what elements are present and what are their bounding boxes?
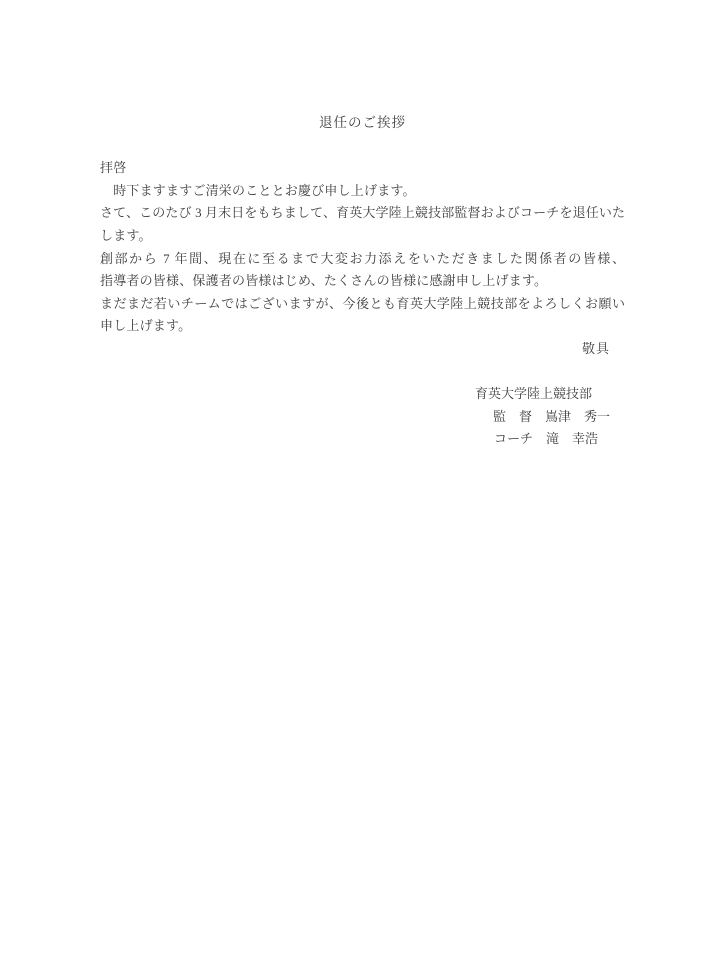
body-line: 創部から 7 年間、現在に至るまで大変お力添えをいただきました関係者の皆様、 xyxy=(100,248,625,271)
signature-organization: 育英大学陸上競技部 xyxy=(100,383,625,406)
body-line: 指導者の皆様、保護者の皆様はじめ、たくさんの皆様に感謝申し上げます。 xyxy=(100,270,625,293)
body-line: します。 xyxy=(100,225,625,248)
letter-page: 退任のご挨拶 拝啓 時下ますますご清栄のこととお慶び申し上げます。 さて、このた… xyxy=(0,0,725,953)
signature-director-name: 監 督 嶌津 秀一 xyxy=(100,406,625,429)
greeting-line: 時下ますますご清栄のこととお慶び申し上げます。 xyxy=(100,180,625,203)
signature-coach-name: コーチ 滝 幸浩 xyxy=(100,428,625,451)
signature-block: 育英大学陸上競技部 監 督 嶌津 秀一 コーチ 滝 幸浩 xyxy=(100,383,625,451)
body-line: まだまだ若いチームではございますが、今後とも育英大学陸上競技部をよろしくお願い xyxy=(100,293,625,316)
closing-word: 敬具 xyxy=(100,338,625,361)
letter-title: 退任のご挨拶 xyxy=(100,112,625,135)
body-line: 申し上げます。 xyxy=(100,315,625,338)
salutation-line: 拝啓 xyxy=(100,157,625,180)
body-line: さて、このたび 3 月末日をもちまして、育英大学陸上競技部監督およびコーチを退任… xyxy=(100,202,625,225)
letter-body: 拝啓 時下ますますご清栄のこととお慶び申し上げます。 さて、このたび 3 月末日… xyxy=(100,157,625,338)
